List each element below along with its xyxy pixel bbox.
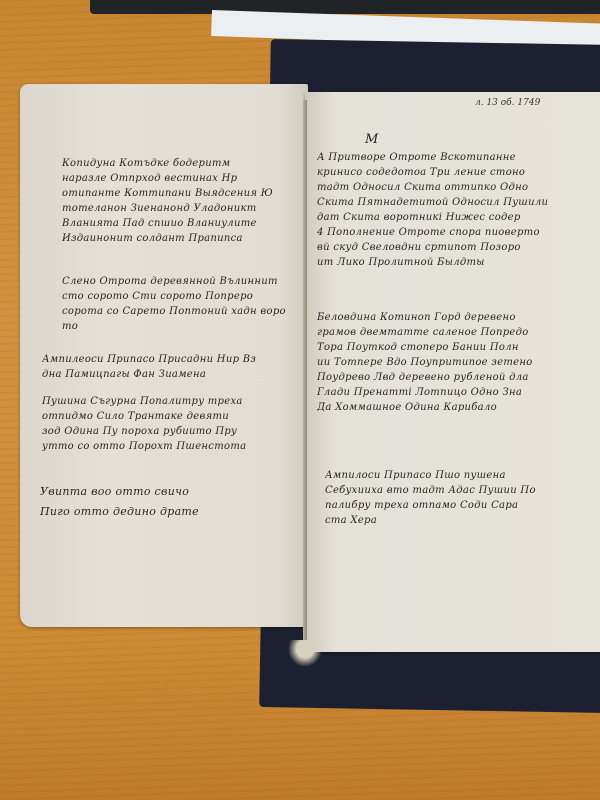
right-text-block-2: Беловдина Котиноп Горд деревенограмов дв…: [317, 310, 533, 415]
section-heading: М: [365, 132, 379, 147]
left-text-block-3: Ампилеоси Припасо Присадни Нир Вздна Пам…: [42, 352, 256, 382]
left-text-block-4: Пушина Съгурна Попалитру трехаотпидмо Си…: [42, 394, 246, 454]
right-text-block-3: Ампилоси Припасо Пшо пушенаСебухииха вто…: [325, 468, 536, 528]
binding-threads: [285, 640, 325, 670]
right-manuscript-page: л. 13 об. 1749 М А Притворе Отроте Вскот…: [305, 92, 600, 652]
left-text-block-1: Копидуна Котъдке бодеритмнаразле Отпрход…: [62, 156, 273, 246]
right-text-block-1: А Притворе Отроте Вскотипаннекринисо сод…: [317, 150, 548, 270]
left-manuscript-page: Копидуна Котъдке бодеритмнаразле Отпрход…: [20, 84, 308, 627]
page-number: л. 13 об. 1749: [475, 98, 540, 108]
book-spine: [303, 100, 307, 640]
left-text-block-5: Увипта воо отто свичоПиго отто дедино др…: [40, 482, 199, 522]
left-text-block-2: Слено Отрота деревянной Вълиннитсто соро…: [62, 274, 286, 334]
black-folder: [90, 0, 600, 14]
